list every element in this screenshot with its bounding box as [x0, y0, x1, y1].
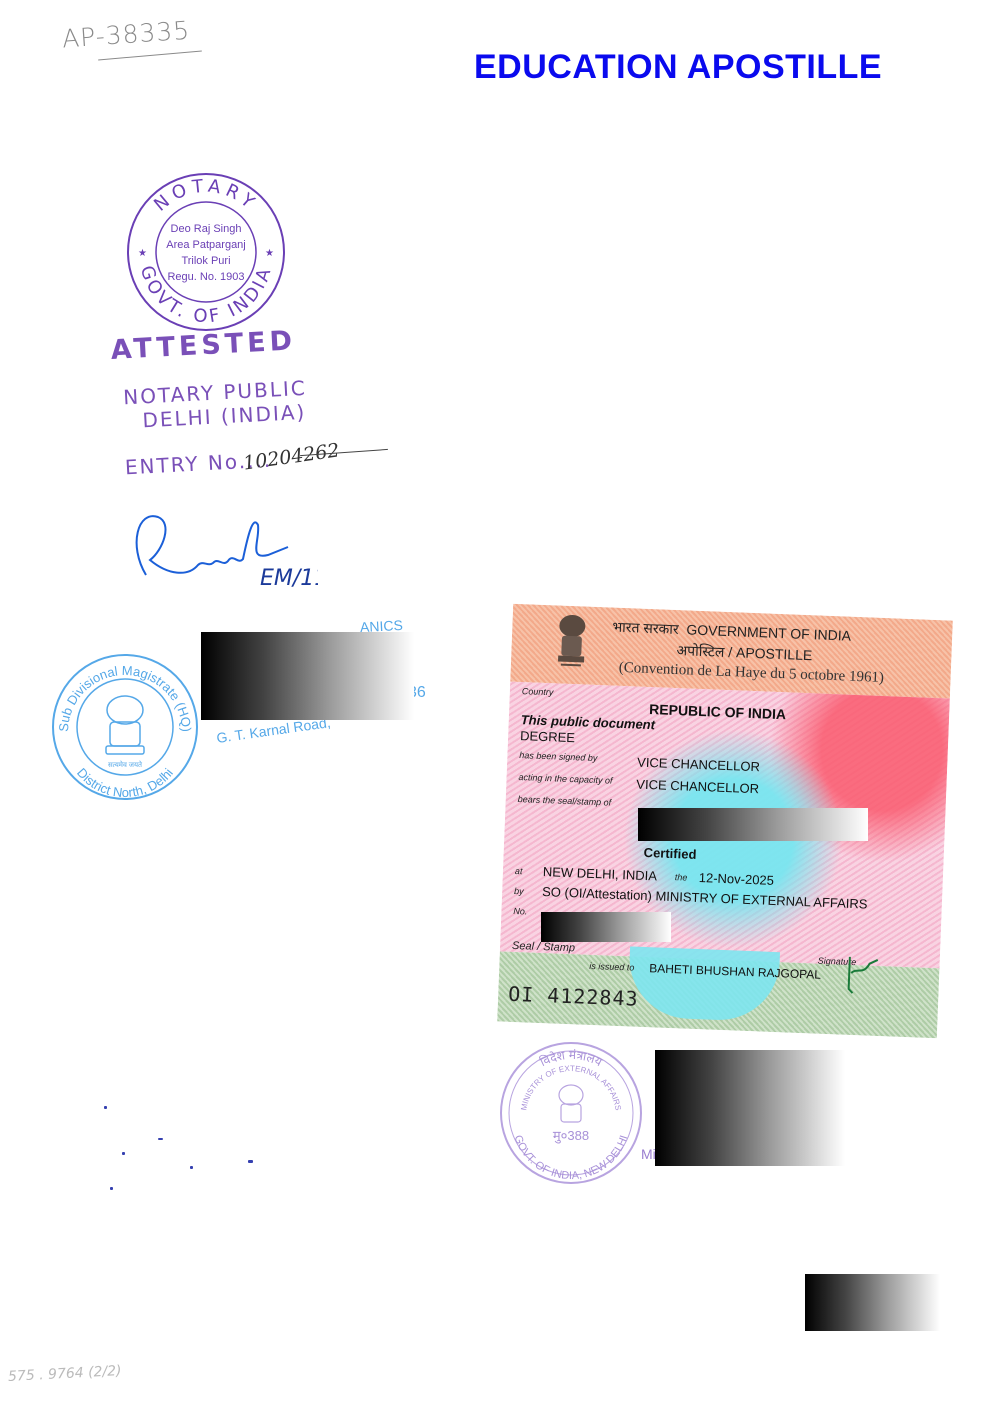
svg-text:District North, Delhi: District North, Delhi — [74, 765, 176, 800]
svg-text:Deo Raj Singh: Deo Raj Singh — [171, 223, 242, 235]
official-signature — [838, 953, 880, 997]
redaction-block — [805, 1274, 940, 1331]
svg-text:Trilok Puri: Trilok Puri — [181, 255, 230, 267]
convention-text: (Convention de La Haye du 5 octobre 1961… — [618, 660, 884, 687]
notary-signature: EM/11 — [128, 505, 318, 595]
handwritten-reference-number: AP-38335 — [61, 16, 191, 54]
national-emblem-icon — [553, 611, 591, 670]
document-type: DEGREE — [520, 728, 575, 745]
reference-underline — [98, 50, 202, 60]
redaction-block — [638, 808, 868, 841]
svg-text:सत्यमेव जयते: सत्यमेव जयते — [108, 760, 143, 769]
signed-by-value: VICE CHANCELLOR — [637, 755, 760, 775]
svg-text:Regu. No. 1903: Regu. No. 1903 — [167, 271, 244, 283]
svg-text:EM/11: EM/11 — [260, 566, 318, 591]
certified-date: 12-Nov-2025 — [699, 870, 775, 888]
certified-by-value: SO (OI/Attestation) MINISTRY OF EXTERNAL… — [542, 884, 868, 911]
mea-seal-stamp: विदेश मंत्रालय MINISTRY OF EXTERNAL AFFA… — [498, 1040, 644, 1186]
redaction-block — [655, 1050, 845, 1166]
redaction-block — [541, 912, 671, 942]
notary-seal-stamp: NOTARY GOVT. OF INDIA ★ ★ Deo Raj Singh … — [124, 170, 288, 334]
svg-text:NOTARY: NOTARY — [150, 176, 262, 216]
handwritten-bottom-note: 575 . 9764 (2/2) — [8, 1363, 122, 1385]
certified-at-value: NEW DELHI, INDIA — [543, 864, 658, 883]
redaction-block — [201, 632, 414, 720]
svg-text:Area Patparganj: Area Patparganj — [166, 239, 246, 251]
country-value: REPUBLIC OF INDIA — [649, 701, 786, 722]
svg-text:मु०388: मु०388 — [553, 1128, 589, 1144]
capacity-value: VICE CHANCELLOR — [636, 777, 759, 797]
page-heading: EDUCATION APOSTILLE — [474, 48, 882, 87]
svg-text:★: ★ — [265, 248, 274, 259]
svg-text:★: ★ — [138, 248, 147, 259]
national-emblem-icon — [106, 696, 144, 754]
sdm-seal-stamp: Sub Divisional Magistrate (HQ) District … — [50, 652, 200, 802]
mea-side-text: Mi — [641, 1146, 656, 1162]
apostille-serial-number: OI 4122843 — [508, 982, 639, 1011]
national-emblem-icon — [559, 1085, 583, 1122]
